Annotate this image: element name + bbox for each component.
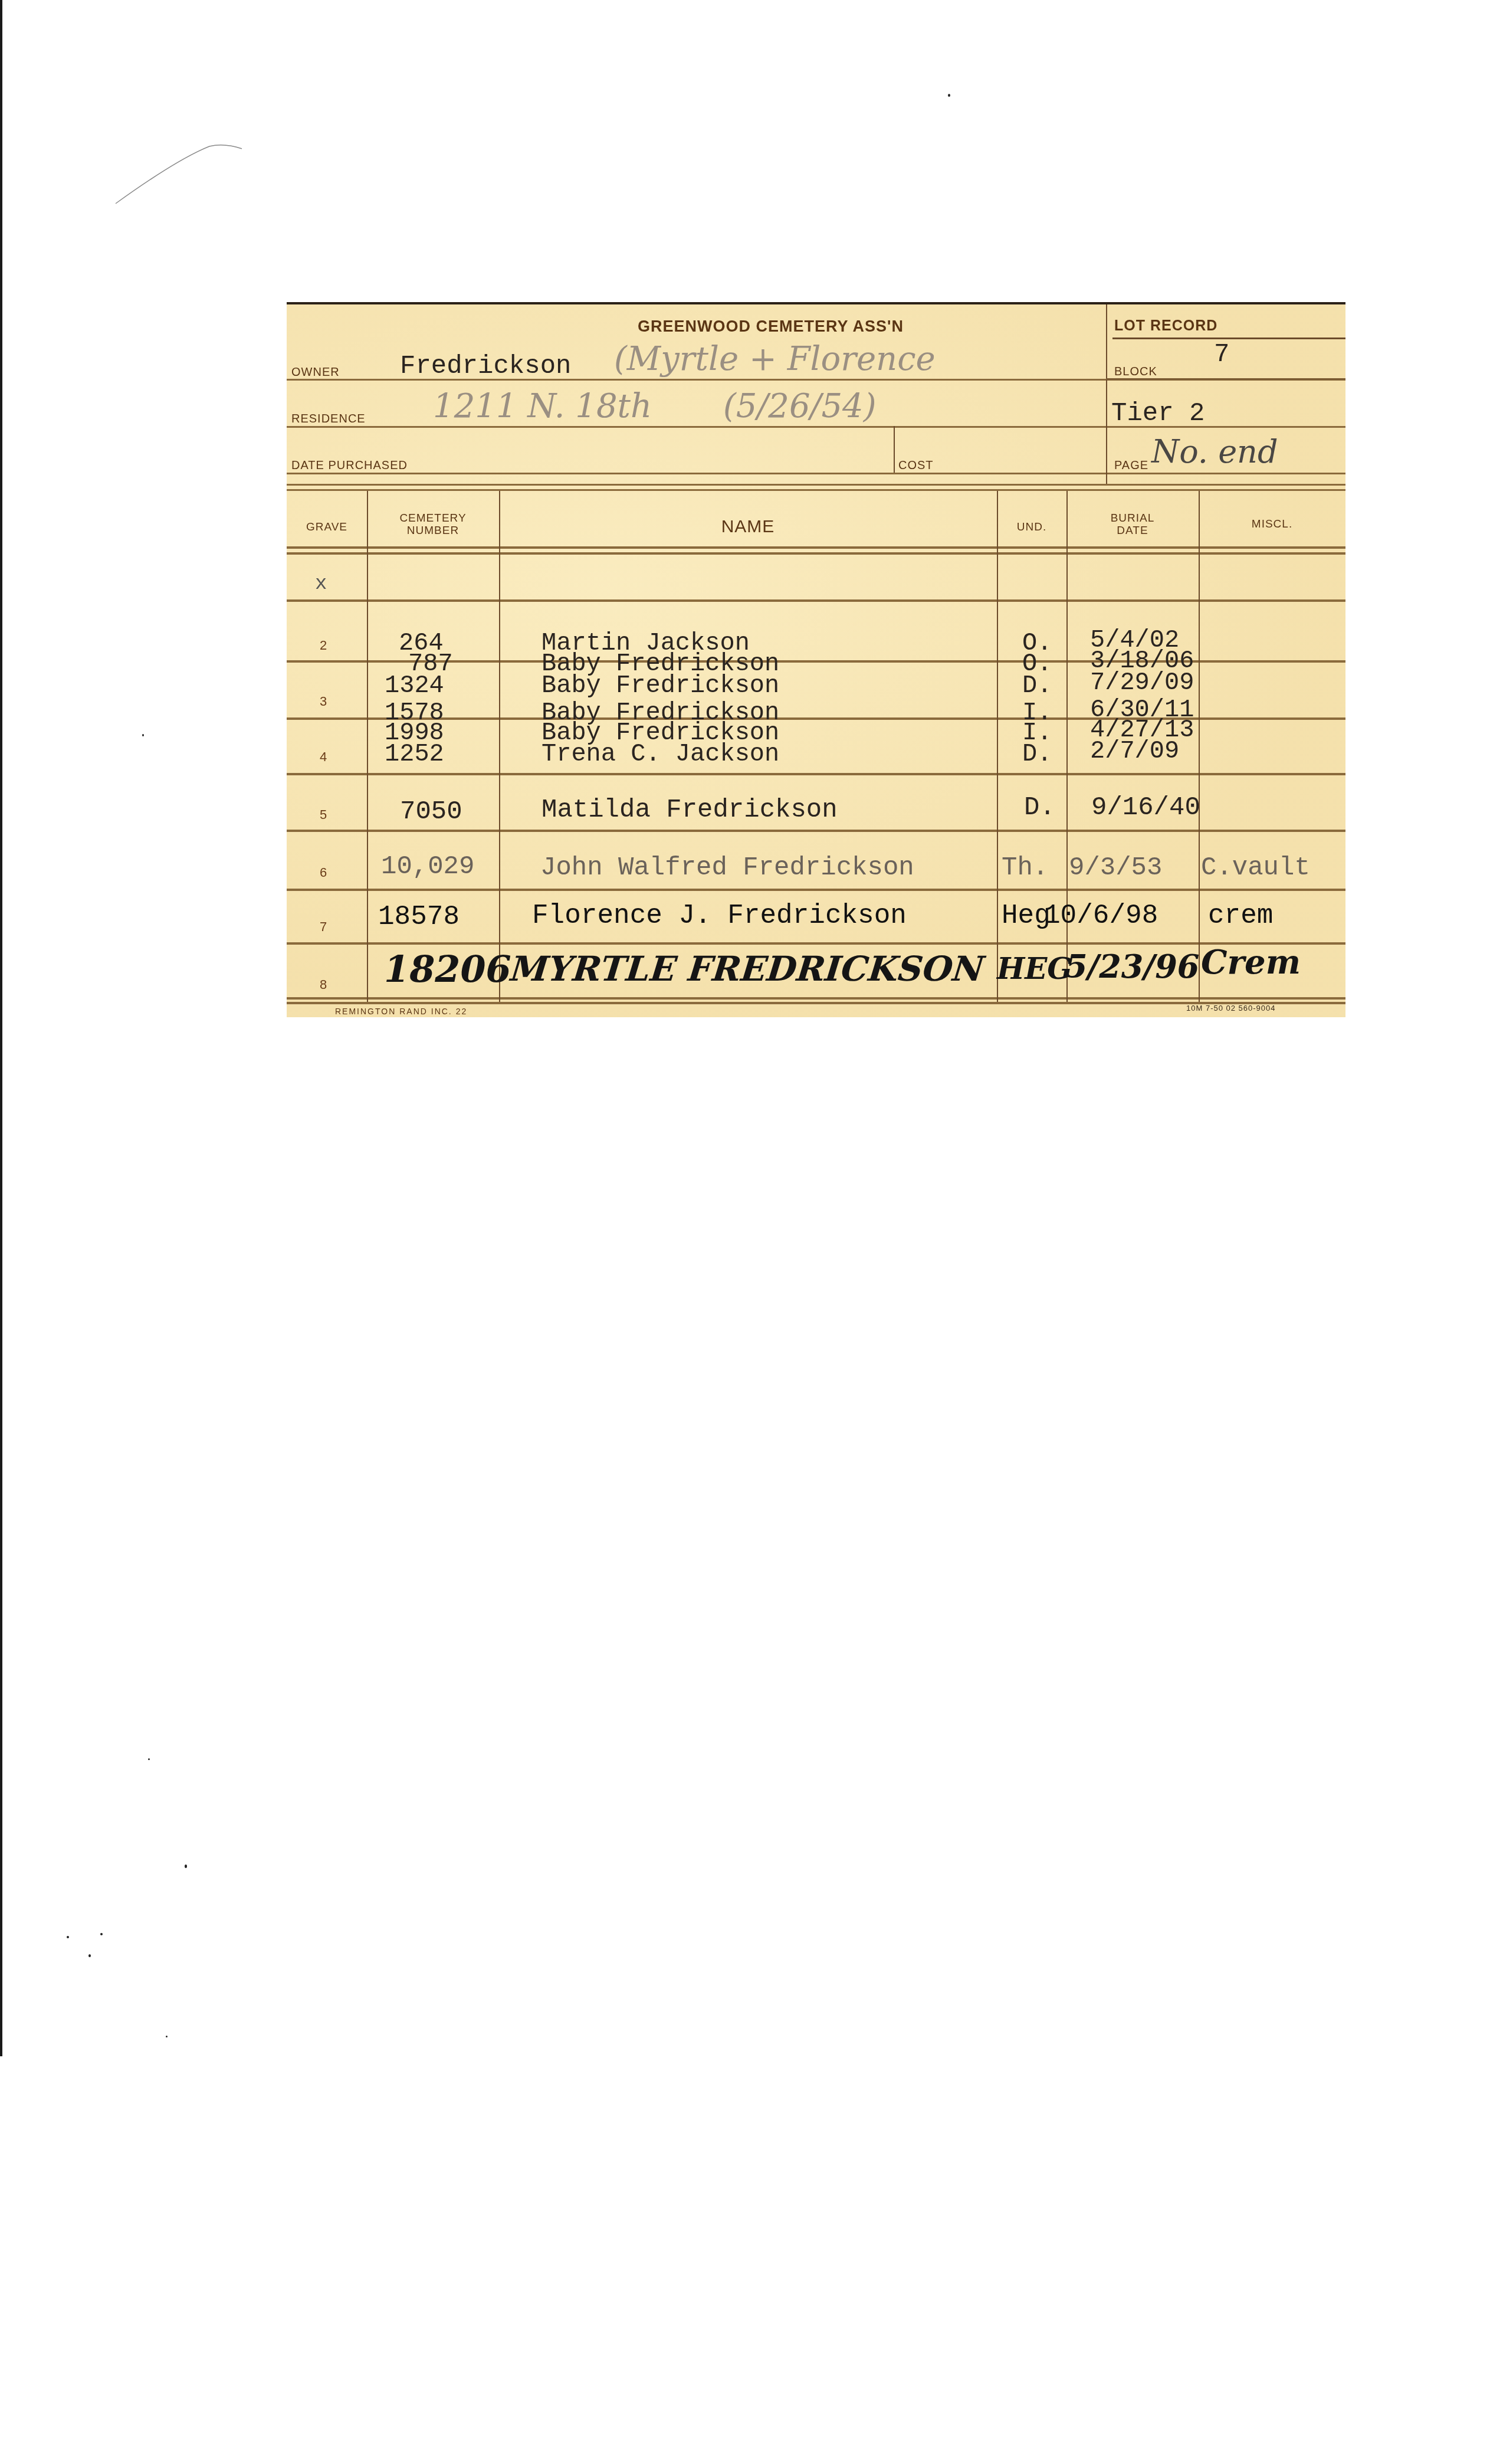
entry-7-und: D. [1024,793,1055,823]
residence-pencil-date: (5/26/54) [723,387,877,425]
entry-7-date: 9/16/40 [1091,793,1200,823]
entry-9-name: Florence J. Fredrickson [532,900,907,931]
entry-7-name: Matilda Fredrickson [541,795,838,825]
col-header-name: NAME [499,517,997,537]
entry-9-number: 18578 [378,902,460,932]
scan-speck [166,2036,168,2037]
entry-10-number: 18206 [384,948,511,991]
entry-9-miscl: crem [1208,900,1273,931]
entry-9-date: 10/6/98 [1044,900,1158,931]
entry-10-date: 5/23/96 [1065,948,1199,985]
page-value: No. end [1151,433,1278,470]
header-double-rule-bottom [287,489,1345,491]
owner-value: Fredrickson [400,352,571,381]
footer-imprint-right: 10M 7-50 02 560-9004 [1186,1004,1276,1013]
col-divider-burial [1199,491,1200,1002]
scan-speck [88,1954,91,1957]
entry-8-number: 10,029 [381,852,474,882]
col-header-burial-line2: DATE [1066,525,1199,538]
entry-6-name: Trena C. Jackson [541,740,779,768]
entry-8-date: 9/3/53 [1069,853,1162,883]
entry-3-und: D. [1022,671,1052,700]
date-purchased-label: DATE PURCHASED [291,459,408,473]
grave-number-6: 6 [320,865,327,880]
table-header-rule-bottom [287,552,1345,555]
entry-10-name: MYRTLE FREDRICKSON [508,949,986,989]
lot-record-underline [1112,338,1345,339]
col-header-miscl: MISCL. [1199,519,1345,531]
col-header-burial-line1: BURIAL [1066,513,1199,525]
lot-record-divider [1106,304,1107,484]
entry-8-und: Th. [1002,853,1048,883]
entry-8-name: John Walfred Fredrickson [540,853,914,883]
col-header-cemetery-number: CEMETERY NUMBER [367,513,499,538]
table-bottom-rule-top [287,997,1345,1000]
row-rule-1 [287,599,1345,602]
header-rule-date [287,473,1345,474]
residence-value: 1211 N. 18th [433,387,652,425]
entry-10-miscl: Crem [1201,943,1301,982]
scan-speck [185,1865,187,1868]
scan-speck [67,1936,69,1938]
row-rule-6 [287,889,1345,891]
entry-6-number: 1252 [385,740,444,768]
entry-6-date: 2/7/09 [1090,737,1179,765]
entry-3-date: 7/29/09 [1090,669,1194,697]
block-value: 7 [1214,340,1229,369]
residence-label: RESIDENCE [291,412,366,426]
lot-record-card: GREENWOOD CEMETERY ASS'N LOT RECORD OWNE… [287,302,1345,1017]
col-header-cemetery-line1: CEMETERY [367,513,499,525]
entry-3-number: 1324 [385,671,444,700]
entry-8-miscl: C.vault [1201,853,1310,883]
grave-number-7: 7 [320,919,327,935]
grave-number-8: 8 [320,977,327,992]
entry-6-und: D. [1022,740,1052,768]
grave-number-3: 3 [320,694,327,709]
grave-mark-x: x [315,573,327,595]
col-header-grave: GRAVE [287,522,367,534]
scan-speck [142,734,144,736]
pencil-stroke-mark [0,0,1490,354]
entry-7-number: 7050 [400,797,462,827]
owner-pencil-note: (Myrtle + Florence [614,340,936,378]
tier-value: Tier 2 [1111,399,1205,428]
block-label: BLOCK [1114,365,1157,379]
cemetery-title: GREENWOOD CEMETERY ASS'N [638,317,904,336]
lot-record-heading: LOT RECORD [1114,317,1217,335]
scan-speck [100,1933,103,1935]
entry-9-und: Heg [1002,900,1051,931]
col-divider-grave [367,491,368,1002]
scan-edge-artifact [0,0,2,2056]
scan-speck [948,94,950,97]
row-rule-4 [287,773,1345,775]
cost-label: COST [898,459,934,473]
owner-label: OWNER [291,366,340,379]
col-divider-name [997,491,998,1002]
page-label: PAGE [1114,459,1148,473]
table-header-rule-top [287,546,1345,549]
entry-10-und: HEG [997,951,1072,986]
entry-3-name: Baby Fredrickson [541,671,779,700]
col-header-burial-date: BURIAL DATE [1066,513,1199,538]
grave-number-5: 5 [320,807,327,823]
header-double-rule-top [287,484,1345,486]
row-rule-5 [287,830,1345,832]
footer-imprint-left: REMINGTON RAND INC. 22 [335,1007,467,1016]
scan-speck [148,1758,150,1760]
col-header-und: UND. [997,522,1066,534]
row-rule-7 [287,942,1345,945]
col-divider-cemetery [499,491,500,1002]
grave-number-4: 4 [320,749,327,765]
col-header-cemetery-line2: NUMBER [367,525,499,538]
grave-number-2: 2 [320,638,327,653]
cost-divider [894,426,895,473]
